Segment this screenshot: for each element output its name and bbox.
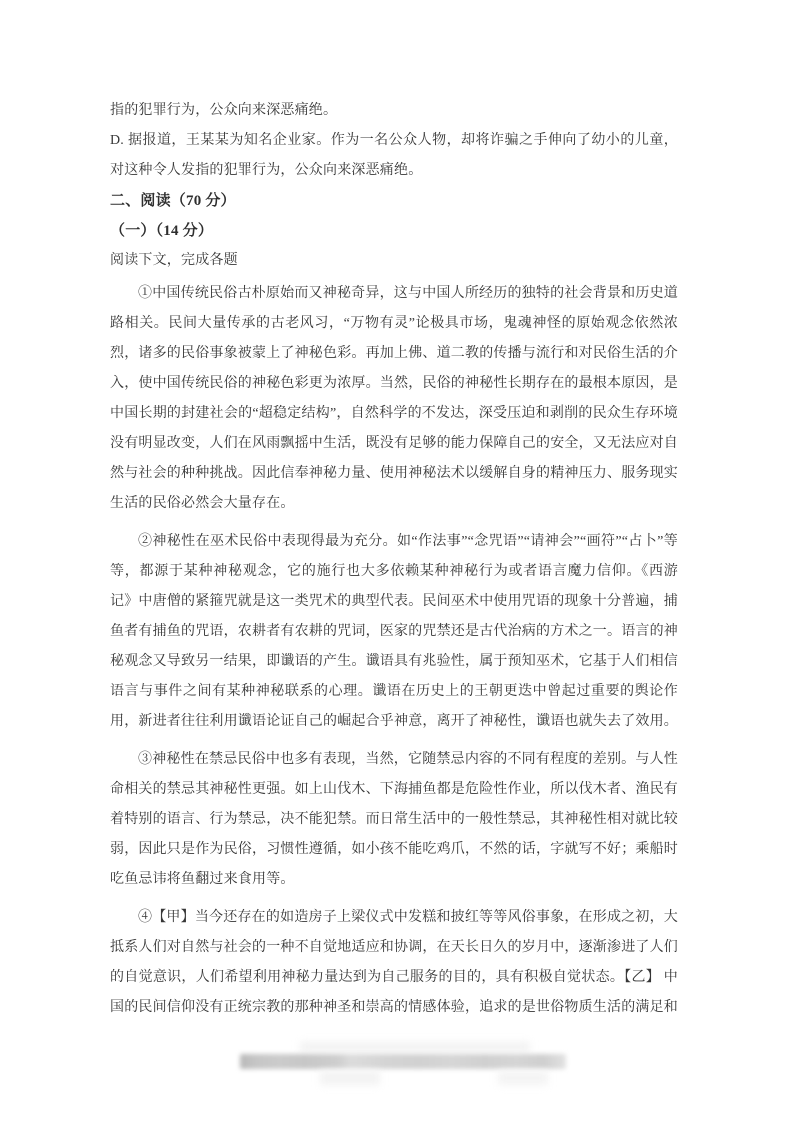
instruction-line: 阅读下文，完成各题 xyxy=(110,246,678,276)
option-c-tail-line: 指的犯罪行为，公众向来深恶痛绝。 xyxy=(110,96,678,126)
option-d-line: D. 据报道，王某某为知名企业家。作为一名公众人物，却将诈骗之手伸向了幼小的儿童… xyxy=(110,126,678,186)
watermark-haze xyxy=(320,1071,380,1085)
passage-paragraph-3: ③神秘性在禁忌民俗中也多有表现，当然，它随禁忌内容的不同有程度的差别。与人性命相… xyxy=(110,745,678,895)
passage-paragraph-4: ④【甲】当今还存在的如造房子上梁仪式中发糕和披红等等风俗事象，在形成之初，大抵系… xyxy=(110,903,678,1023)
blurred-watermark-bar xyxy=(240,1054,566,1069)
section-heading: 二、阅读（70 分） xyxy=(110,186,678,216)
document-page: 指的犯罪行为，公众向来深恶痛绝。 D. 据报道，王某某为知名企业家。作为一名公众… xyxy=(0,0,793,1122)
passage-paragraph-1: ①中国传统民俗古朴原始而又神秘奇异，这与中国人所经历的独特的社会背景和历史道路相… xyxy=(110,279,678,519)
subsection-heading: （一）（14 分） xyxy=(110,216,678,246)
watermark-haze xyxy=(498,1071,548,1085)
text-area: 指的犯罪行为，公众向来深恶痛绝。 D. 据报道，王某某为知名企业家。作为一名公众… xyxy=(110,96,678,1023)
passage-paragraph-2: ②神秘性在巫术民俗中表现得最为充分。如“作法事”“念咒语”“请神会”“画符”“占… xyxy=(110,527,678,737)
watermark-haze xyxy=(300,1042,530,1052)
reading-passage: ①中国传统民俗古朴原始而又神秘奇异，这与中国人所经历的独特的社会背景和历史道路相… xyxy=(110,279,678,1023)
